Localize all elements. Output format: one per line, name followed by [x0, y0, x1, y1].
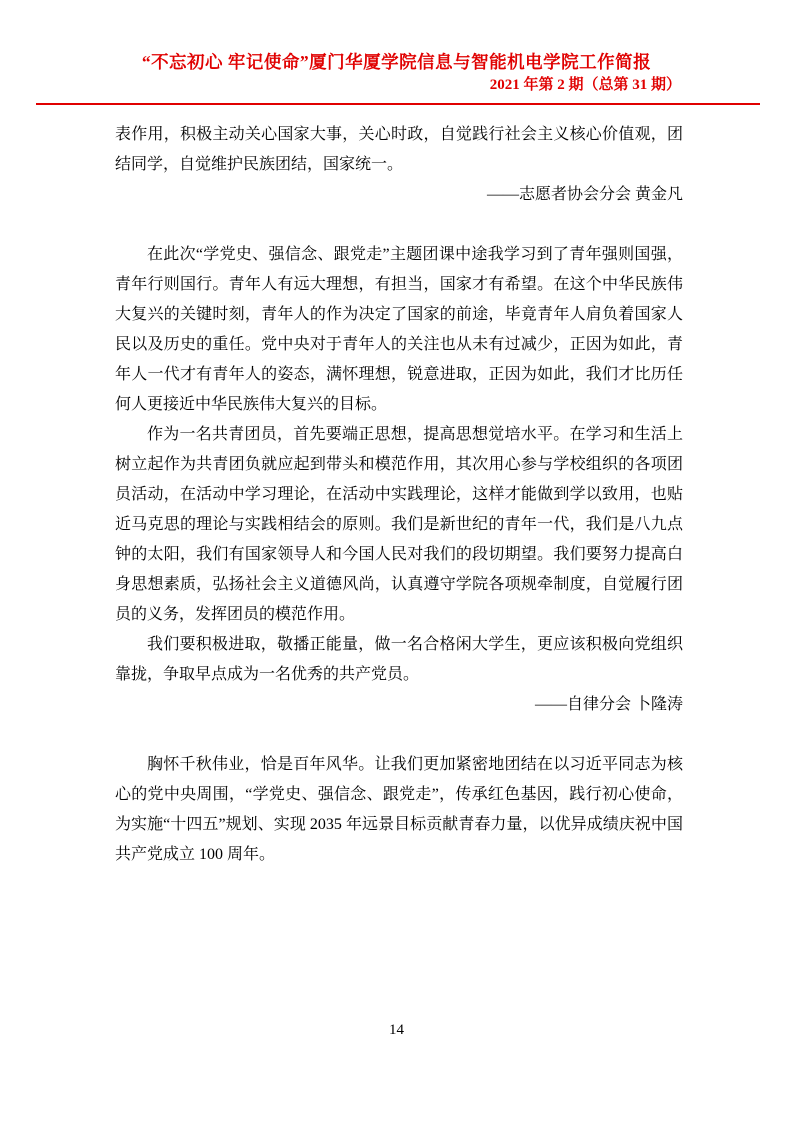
- document-body: 表作用，积极主动关心国家大事，关心时政，自觉践行社会主义核心价值观，团结同学，自…: [0, 105, 793, 870]
- body-paragraph: 我们要积极进取，敬播正能量，做一名合格闲大学生，更应该积极向党组织靠拢，争取早点…: [115, 630, 683, 690]
- page-number: 14: [389, 1022, 404, 1038]
- issue-line: 2021 年第 2 期（总第 31 期）: [0, 75, 793, 96]
- attribution-line: ——志愿者协会分会 黄金凡: [115, 180, 683, 210]
- attribution-line: ——自律分会 卜隆涛: [115, 690, 683, 720]
- body-paragraph: 胸怀千秋伟业，恰是百年风华。让我们更加紧密地团结在以习近平同志为核心的党中央周围…: [115, 750, 683, 870]
- document-page: “不忘初心 牢记使命”厦门华厦学院信息与智能机电学院工作简报 2021 年第 2…: [0, 0, 793, 1122]
- body-paragraph: 表作用，积极主动关心国家大事，关心时政，自觉践行社会主义核心价值观，团结同学，自…: [115, 120, 683, 180]
- page-footer: 14: [0, 1020, 793, 1040]
- document-header: “不忘初心 牢记使命”厦门华厦学院信息与智能机电学院工作简报 2021 年第 2…: [0, 0, 793, 96]
- paragraph-spacer: [115, 210, 683, 240]
- bulletin-title: “不忘初心 牢记使命”厦门华厦学院信息与智能机电学院工作简报: [0, 50, 793, 74]
- body-paragraph: 在此次“学党史、强信念、跟党走”主题团课中途我学习到了青年强则国强，青年行则国行…: [115, 240, 683, 420]
- paragraph-spacer: [115, 720, 683, 750]
- body-paragraph: 作为一名共青团员，首先要端正思想，提高思想觉培水平。在学习和生活上树立起作为共青…: [115, 420, 683, 630]
